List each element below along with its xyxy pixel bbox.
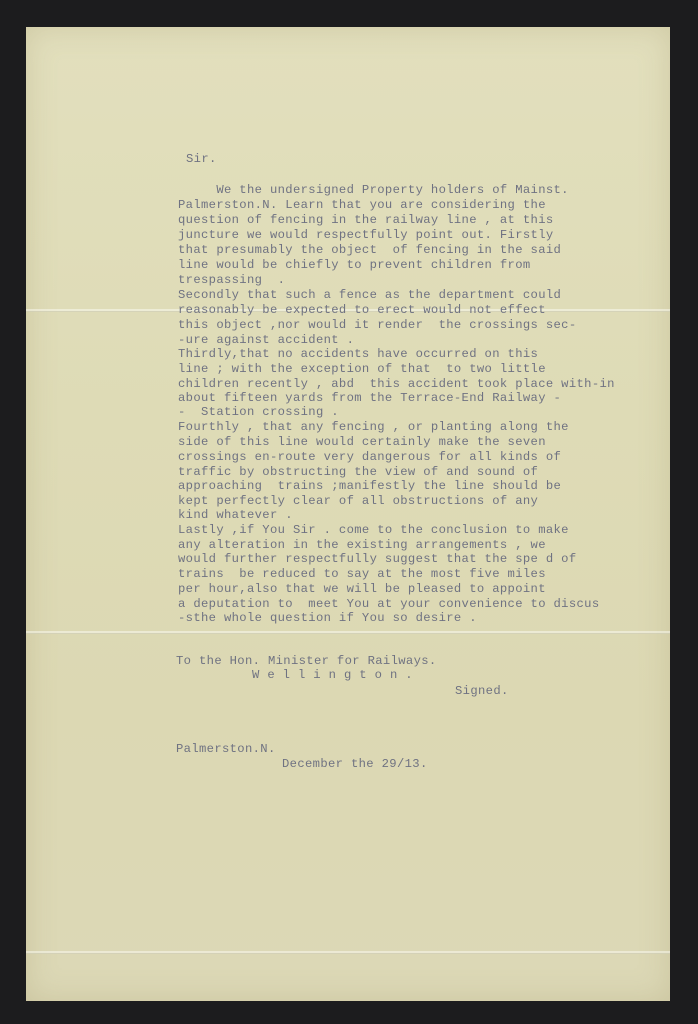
body-line: juncture we would respectfully point out… — [178, 228, 554, 242]
body-line: a deputation to meet You at your conveni… — [178, 597, 600, 611]
body-line: Fourthly , that any fencing , or plantin… — [178, 420, 569, 434]
body-line: Thirdly,that no accidents have occurred … — [178, 347, 538, 361]
salutation: Sir. — [186, 152, 217, 166]
addressee-city: W e l l i n g t o n . — [252, 668, 413, 682]
origin-place: Palmerston.N. — [176, 742, 276, 756]
body-line: line ; with the exception of that to two… — [178, 362, 546, 376]
body-line: this object ,nor would it render the cro… — [178, 318, 577, 332]
body-line: Secondly that such a fence as the depart… — [178, 288, 561, 302]
body-line: about fifteen yards from the Terrace-End… — [178, 391, 561, 405]
body-line: trains be reduced to say at the most fiv… — [178, 567, 546, 581]
body-line: side of this line would certainly make t… — [178, 435, 546, 449]
body-line: trespassing . — [178, 273, 285, 287]
body-line: kept perfectly clear of all obstructions… — [178, 494, 538, 508]
body-line: -ure against accident . — [178, 333, 354, 347]
letter-page — [26, 27, 670, 1001]
body-line: approaching trains ;manifestly the line … — [178, 479, 561, 493]
body-line: traffic by obstructing the view of and s… — [178, 465, 538, 479]
body-line: crossings en-route very dangerous for al… — [178, 450, 561, 464]
body-line: We the undersigned Property holders of M… — [178, 183, 569, 197]
body-line: would further respectfully suggest that … — [178, 552, 577, 566]
signed-label: Signed. — [455, 684, 509, 698]
body-line: per hour,also that we will be pleased to… — [178, 582, 546, 596]
body-line: Lastly ,if You Sir . come to the conclus… — [178, 523, 569, 537]
body-line: reasonably be expected to erect would no… — [178, 303, 546, 317]
body-line: any alteration in the existing arrangeme… — [178, 538, 546, 552]
fold-crease — [26, 951, 670, 954]
body-line: that presumably the object of fencing in… — [178, 243, 561, 257]
body-line: -sthe whole question if You so desire . — [178, 611, 477, 625]
body-line: line would be chiefly to prevent childre… — [178, 258, 531, 272]
body-line: question of fencing in the railway line … — [178, 213, 554, 227]
body-line: - Station crossing . — [178, 405, 339, 419]
fold-crease — [26, 631, 670, 634]
letter-date: December the 29/13. — [282, 757, 428, 771]
body-line: kind whatever . — [178, 508, 293, 522]
body-line: children recently , abd this accident to… — [178, 377, 615, 391]
body-line: Palmerston.N. Learn that you are conside… — [178, 198, 546, 212]
addressee-line: To the Hon. Minister for Railways. — [176, 654, 437, 668]
